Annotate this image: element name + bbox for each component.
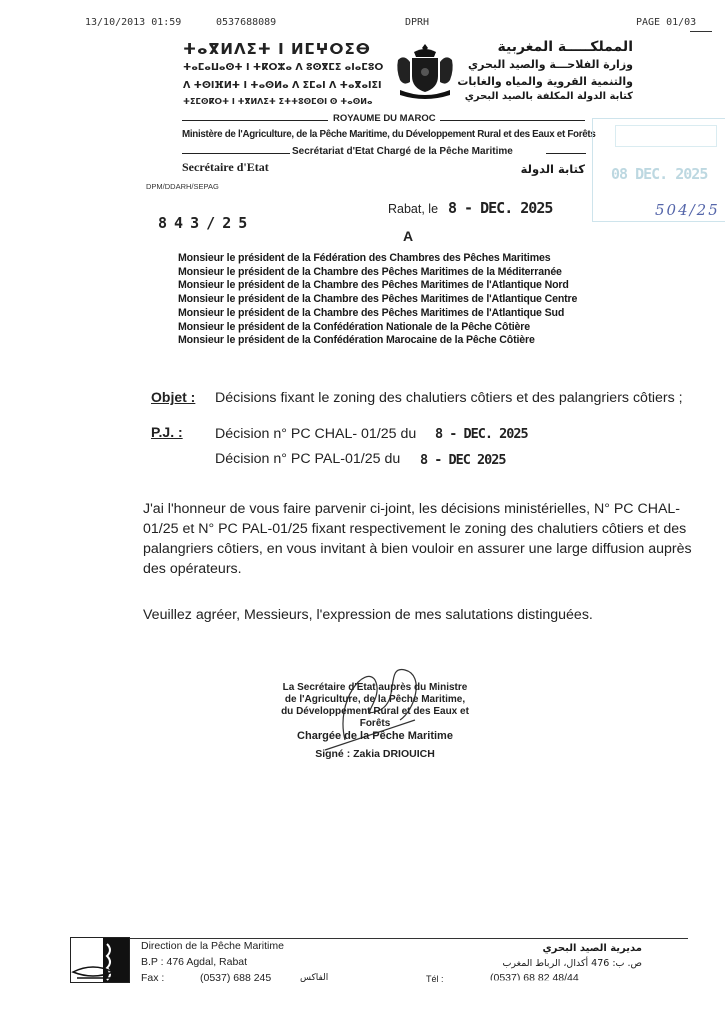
- coat-of-arms-emblem: [392, 42, 458, 102]
- coat-of-arms-icon: [392, 42, 458, 102]
- ministry-name: Ministère de l'Agriculture, de la Pêche …: [182, 129, 595, 140]
- tifinagh-line-4: ⵜⵉⵎⵙⴽⵔⵜ ⵏ ⵜⴳⵍⴷⵉⵜ ⵉⵜⵜⵓⵙⵎⵙⵏ ⵙ ⵜⴰⵙⵍⴰ: [183, 97, 373, 106]
- footer-tel-value: (0537) 68 82 48/44: [490, 970, 579, 986]
- signature-block: La Secrétaire d'Etat auprès du Ministre …: [265, 660, 485, 760]
- tifinagh-line-1: ⵜⴰⴳⵍⴷⵉⵜ ⵏ ⵍⵎⵖⵔⵉⴱ: [183, 40, 371, 58]
- footer-address-ar: ص. ب: 476 أكدال، الرباط المغرب: [502, 958, 642, 969]
- footer-logo: [70, 937, 130, 983]
- closing-formula: Veuillez agréer, Messieurs, l'expression…: [143, 606, 593, 626]
- divider-left-2: [182, 153, 290, 154]
- divider-right-2: [546, 153, 586, 154]
- arabic-ministry-line-3: كتابة الدولة المكلفة بالصيد البحري: [465, 91, 633, 102]
- fax-page-count: PAGE 01/03: [636, 17, 696, 28]
- signed-by: Signé : Zakia DRIOUICH: [265, 748, 485, 760]
- title-arabic: كتابة الدولة: [521, 162, 585, 176]
- divider-left: [182, 120, 328, 121]
- recipient-1: Monsieur le président de la Fédération d…: [178, 252, 550, 266]
- stamp-header-box: [615, 125, 717, 147]
- recipient-2: Monsieur le président de la Chambre des …: [178, 266, 562, 280]
- attachment-1-text: Décision n° PC CHAL- 01/25 du: [215, 425, 416, 445]
- fax-datetime: 13/10/2013 01:59: [85, 17, 181, 28]
- fax-phone: 0537688089: [216, 17, 276, 28]
- signature-line-3: du Développement Rural et des Eaux et Fo…: [265, 706, 485, 730]
- footer-direction: Direction de la Pêche Maritime: [141, 938, 284, 954]
- arabic-ministry-line-1: وزارة الفلاحـــة والصيد البحري: [468, 58, 633, 71]
- footer-tel-label: Tél :: [426, 971, 444, 987]
- stamp-date: 08 DEC. 2025: [611, 165, 707, 183]
- arabic-kingdom: المملكـــــة المغربية: [498, 39, 634, 55]
- tifinagh-line-3: ⴷ ⵜⵙⵏⴼⵍⵜ ⵏ ⵜⴰⵙⵍⴰ ⴷ ⵉⵎⴰⵏ ⴷ ⵜⴰⴳⴰⵏⵉⵏ: [183, 80, 382, 91]
- attachment-1-date: 8 - DEC. 2025: [435, 426, 528, 442]
- attachment-2-date: 8 - DEC 2025: [420, 452, 506, 468]
- page-underline: [690, 31, 712, 32]
- recipient-7: Monsieur le président de la Confédératio…: [178, 334, 535, 348]
- letter-number: 8 4 3 / 2 5: [158, 214, 246, 232]
- department-reference: DPM/DDARH/SEPAG: [146, 182, 219, 191]
- divider-right: [440, 120, 585, 121]
- recipient-5: Monsieur le président de la Chambre des …: [178, 307, 564, 321]
- signature-line-2: de l'Agriculture, de la Pêche Maritime,: [265, 694, 485, 706]
- letter-date: 8 - DEC. 2025: [448, 199, 552, 217]
- footer-fax-value: (0537) 688 245: [200, 970, 271, 986]
- body-line-2: 01/25 et N° PC PAL-01/25 fixant respecti…: [143, 520, 686, 540]
- recipient-6: Monsieur le président de la Confédératio…: [178, 321, 530, 335]
- signature-line-1: La Secrétaire d'Etat auprès du Ministre: [265, 682, 485, 694]
- tifinagh-line-2: ⵜⴰⵎⴰⵡⴰⵙⵜ ⵏ ⵜⴽⵔⵣⴰ ⴷ ⵓⵙⴳⵎⵉ ⴰⵏⴰⵎⵓⵔ: [183, 62, 383, 73]
- place-label: Rabat, le: [388, 202, 438, 216]
- addressee-label: A: [403, 228, 413, 244]
- footer-fax-label: Fax :: [141, 970, 164, 986]
- handwritten-note: 504/25: [655, 201, 720, 219]
- body-line-3: palangriers côtiers, en vous invitant à …: [143, 540, 692, 560]
- subject-label: Objet :: [151, 389, 195, 405]
- signature-line-4: Chargée de la Pêche Maritime: [265, 730, 485, 742]
- footer-fax-label-ar: الفاكس: [300, 970, 328, 986]
- arabic-ministry-line-2: والتنمية القروية والمياه والغابات: [457, 75, 633, 88]
- recipient-3: Monsieur le président de la Chambre des …: [178, 279, 569, 293]
- secretariat-name: Secrétariat d'Etat Chargé de la Pêche Ma…: [292, 146, 513, 157]
- fax-sender: DPRH: [405, 17, 429, 28]
- body-line-4: des opérateurs.: [143, 560, 242, 580]
- attachments-label: P.J. :: [151, 424, 183, 440]
- kingdom-label: ROYAUME DU MAROC: [333, 113, 436, 124]
- fishing-logo-icon: [71, 938, 129, 982]
- title-french: Secrétaire d'Etat: [182, 160, 269, 175]
- footer-address: B.P : 476 Agdal, Rabat: [141, 954, 284, 970]
- attachment-2-text: Décision n° PC PAL-01/25 du: [215, 450, 400, 470]
- body-line-1: J'ai l'honneur de vous faire parvenir ci…: [143, 500, 680, 520]
- recipient-4: Monsieur le président de la Chambre des …: [178, 293, 577, 307]
- footer-direction-ar: مديرية الصيد البحري: [543, 943, 642, 954]
- subject-text: Décisions fixant le zoning des chalutier…: [215, 389, 683, 409]
